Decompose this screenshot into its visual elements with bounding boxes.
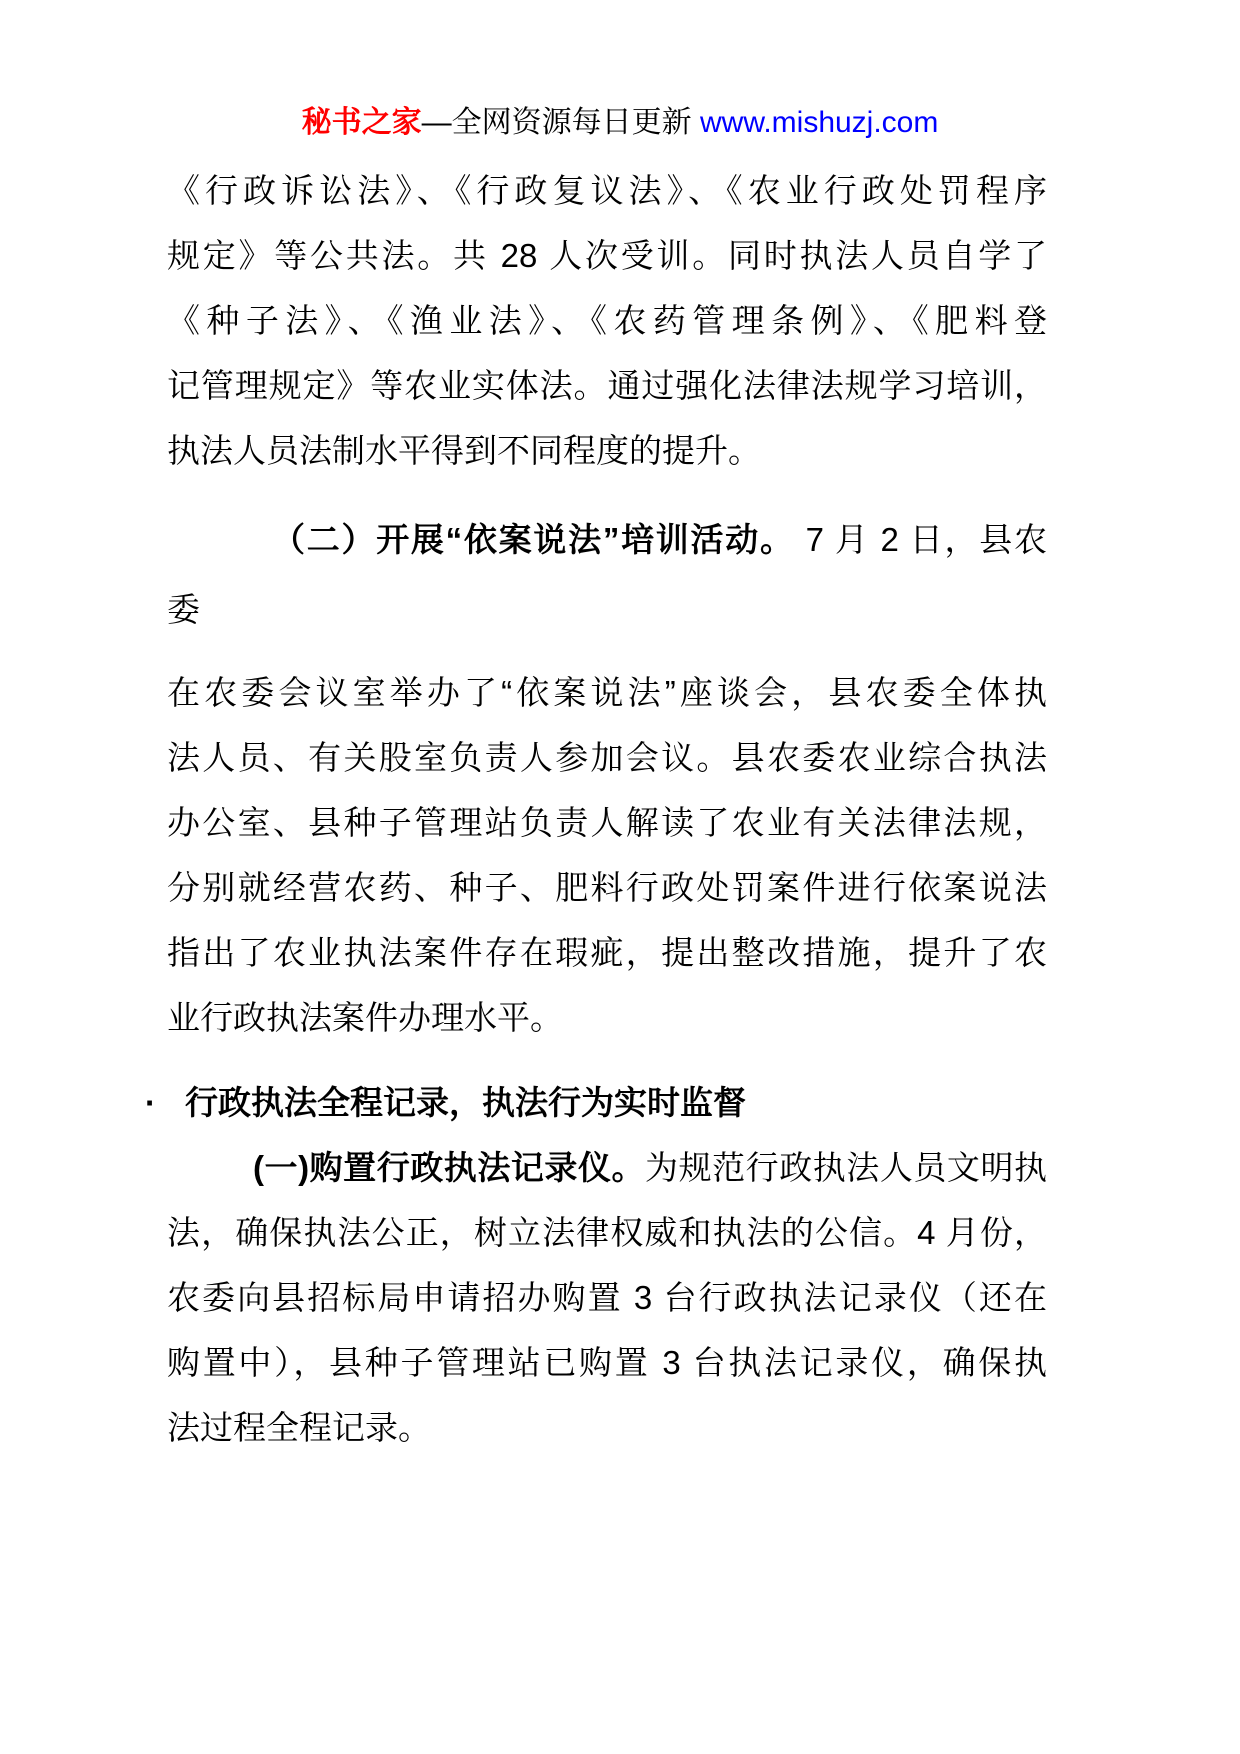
text-line: 分别就经营农药、种子、肥料行政处罚案件进行依案说法: [167, 855, 1047, 920]
paragraph-public-laws: 《行政诉讼法》、《行政复议法》、《农业行政处罚程序 规定》等公共法。共 28 人…: [167, 158, 1047, 483]
text-line: 在农委会议室举办了“依案说法”座谈会，县农委全体执: [167, 660, 1047, 725]
heading-2-regular: 7 月 2 日，县农: [795, 521, 1047, 558]
heading-2-line: （二）开展“依案说法”培训活动。 7 月 2 日，县农: [167, 505, 1047, 575]
text-line: 业行政执法案件办理水平。: [167, 985, 1047, 1050]
heading-2-bold: （二）开展“依案说法”培训活动。: [272, 521, 795, 558]
text-line: 《行政诉讼法》、《行政复议法》、《农业行政处罚程序: [167, 158, 1047, 223]
site-tagline: —全网资源每日更新: [422, 106, 700, 139]
text-line: 指出了农业执法案件存在瑕疵，提出整改措施，提升了农: [167, 920, 1047, 985]
text-line: 购置中），县种子管理站已购置 3 台执法记录仪，确保执: [167, 1330, 1047, 1395]
site-brand: 秘书之家: [302, 106, 422, 139]
text-line: 《种子法》、《渔业法》、《农药管理条例》、《肥料登: [167, 288, 1047, 353]
text-line: 法，确保执法公正，树立法律权威和执法的公信。4 月份，: [167, 1200, 1047, 1265]
text-line: 执法人员法制水平得到不同程度的提升。: [167, 418, 1047, 483]
text-line: 法人员、有关股室负责人参加会议。县农委农业综合执法: [167, 725, 1047, 790]
heading-2-overflow: 委: [167, 575, 1047, 645]
bullet-icon: ·: [145, 1070, 156, 1135]
document-body: 《行政诉讼法》、《行政复议法》、《农业行政处罚程序 规定》等公共法。共 28 人…: [167, 158, 1047, 1460]
site-url-link[interactable]: www.mishuzj.com: [700, 106, 938, 139]
document-page: 秘书之家—全网资源每日更新 www.mishuzj.com 《行政诉讼法》、《行…: [0, 0, 1240, 1754]
paragraph-lead-bold: (一)购置行政执法记录仪。: [253, 1149, 645, 1186]
section-heading-2: （二）开展“依案说法”培训活动。 7 月 2 日，县农 委: [167, 505, 1047, 645]
text-line: 规定》等公共法。共 28 人次受训。同时执法人员自学了: [167, 223, 1047, 288]
site-header: 秘书之家—全网资源每日更新 www.mishuzj.com: [0, 103, 1240, 143]
paragraph-lead-rest: 为规范行政执法人员文明执: [645, 1149, 1047, 1186]
text-line: 办公室、县种子管理站负责人解读了农业有关法律法规，: [167, 790, 1047, 855]
text-line: 记管理规定》等农业实体法。通过强化法律法规学习培训，: [167, 353, 1047, 418]
text-line: 农委向县招标局申请招办购置 3 台行政执法记录仪（还在: [167, 1265, 1047, 1330]
text-line: (一)购置行政执法记录仪。为规范行政执法人员文明执: [167, 1135, 1047, 1200]
text-line: 法过程全程记录。: [167, 1395, 1047, 1460]
paragraph-meeting: 在农委会议室举办了“依案说法”座谈会，县农委全体执 法人员、有关股室负责人参加会…: [167, 660, 1047, 1050]
bullet-heading-text: 行政执法全程记录，执法行为实时监督: [185, 1084, 746, 1121]
bullet-heading: · 行政执法全程记录，执法行为实时监督: [167, 1070, 1047, 1135]
paragraph-recorders: (一)购置行政执法记录仪。为规范行政执法人员文明执 法，确保执法公正，树立法律权…: [167, 1135, 1047, 1460]
